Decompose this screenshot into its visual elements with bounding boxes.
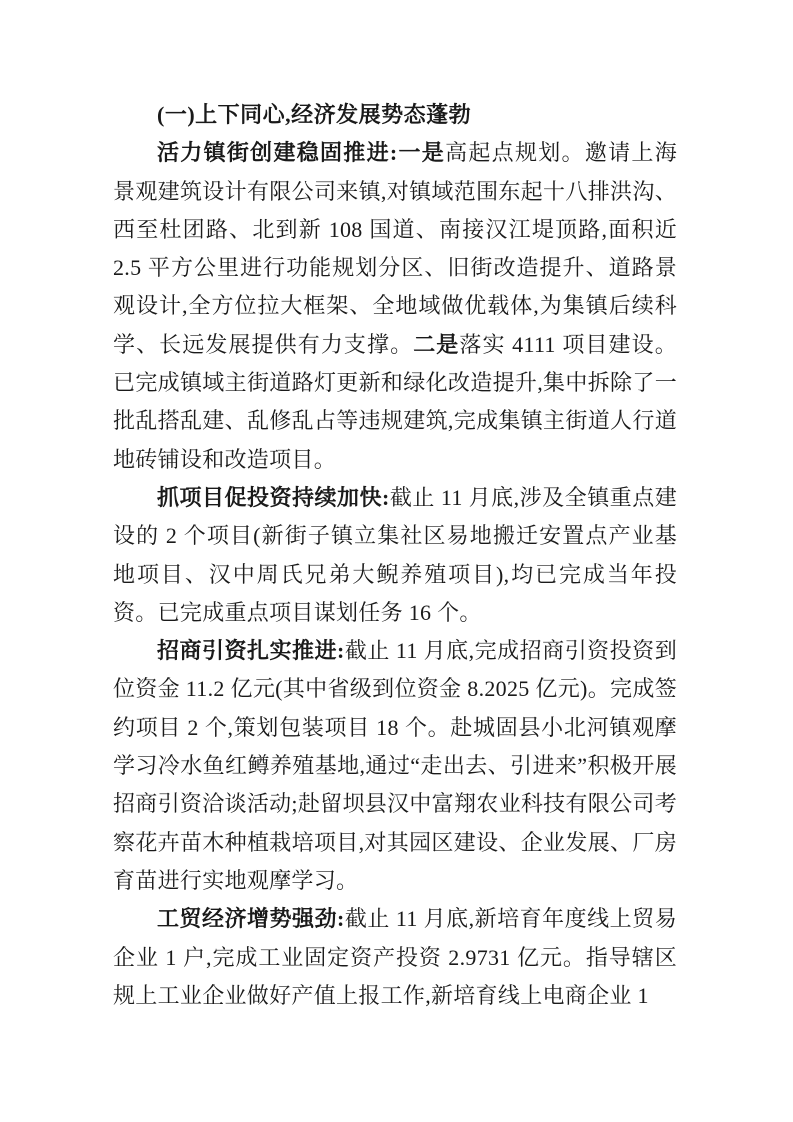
document-page: (一)上下同心,经济发展势态蓬勃 活力镇街创建稳固推进:一是高起点规划。邀请上海… xyxy=(0,0,793,1122)
section-heading: (一)上下同心,经济发展势态蓬勃 xyxy=(113,96,677,134)
paragraph-investment-attraction: 招商引资扎实推进:截止 11 月底,完成招商引资投资到位资金 11.2 亿元(其… xyxy=(113,632,677,900)
bold-text-run: 抓项目促投资持续加快: xyxy=(157,485,390,510)
document-body: (一)上下同心,经济发展势态蓬勃 活力镇街创建稳固推进:一是高起点规划。邀请上海… xyxy=(113,96,677,1015)
paragraph-vitality-town: 活力镇街创建稳固推进:一是高起点规划。邀请上海景观建筑设计有限公司来镇,对镇域范… xyxy=(113,134,677,479)
text-run: 高起点规划。邀请上海景观建筑设计有限公司来镇,对镇域范围东起十八排洪沟、西至杜团… xyxy=(113,140,677,356)
paragraph-project-investment: 抓项目促投资持续加快:截止 11 月底,涉及全镇重点建设的 2 个项目(新街子镇… xyxy=(113,479,677,632)
bold-text-run: 二是 xyxy=(413,332,459,357)
bold-text-run: 招商引资扎实推进: xyxy=(157,638,345,663)
paragraph-industry-trade: 工贸经济增势强劲:截止 11 月底,新培育年度线上贸易企业 1 户,完成工业固定… xyxy=(113,900,677,1015)
text-run: 截止 11 月底,完成招商引资投资到位资金 11.2 亿元(其中省级到位资金 8… xyxy=(113,638,677,893)
bold-text-run: 工贸经济增势强劲: xyxy=(157,906,345,931)
bold-text-run: 活力镇街创建稳固推进:一是 xyxy=(157,140,445,165)
